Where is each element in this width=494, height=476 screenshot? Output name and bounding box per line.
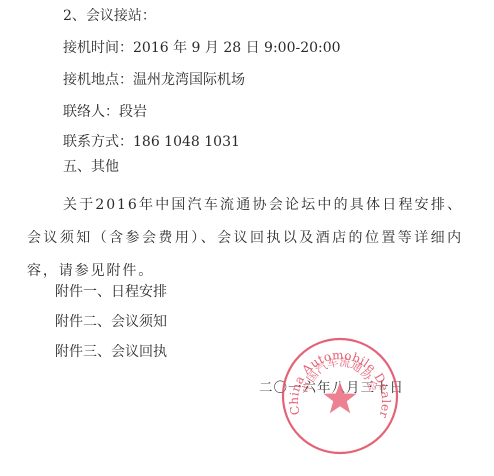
seal-ring (283, 339, 397, 453)
official-seal-stamp: China Automobile Dealers Association 中国汽… (280, 336, 400, 456)
pickup-time-row: 接机时间：2016 年 9 月 28 日 9:00-20:00 (63, 39, 341, 57)
contact-phone-row: 联系方式：186 1048 1031 (63, 133, 240, 151)
pickup-place-row: 接机地点：温州龙湾国际机场 (63, 71, 245, 89)
attachment-item: 附件二、会议须知 (55, 313, 167, 331)
contact-phone-label: 联系方式： (63, 134, 133, 150)
other-paragraph: 关于2016年中国汽车流通协会论坛中的具体日程安排、会议须知（含参会费用）、会议… (27, 189, 463, 288)
pickup-time-value: 2016 年 9 月 28 日 9:00-20:00 (133, 40, 341, 56)
attachment-item: 附件一、日程安排 (55, 283, 167, 301)
other-heading: 五、其他 (63, 158, 119, 176)
pickup-place-label: 接机地点： (63, 72, 133, 88)
pickup-time-label: 接机时间： (63, 40, 133, 56)
contact-person-row: 联络人：段岩 (63, 103, 147, 121)
pickup-heading: 2、会议接站： (63, 7, 156, 25)
pickup-place-value: 温州龙湾国际机场 (133, 72, 245, 88)
signature-date: 二〇一六年八月三十日 (259, 376, 404, 396)
contact-phone-value: 186 1048 1031 (133, 134, 240, 150)
attachment-item: 附件三、会议回执 (55, 343, 167, 361)
contact-person-value: 段岩 (119, 104, 147, 120)
contact-person-label: 联络人： (63, 104, 119, 120)
